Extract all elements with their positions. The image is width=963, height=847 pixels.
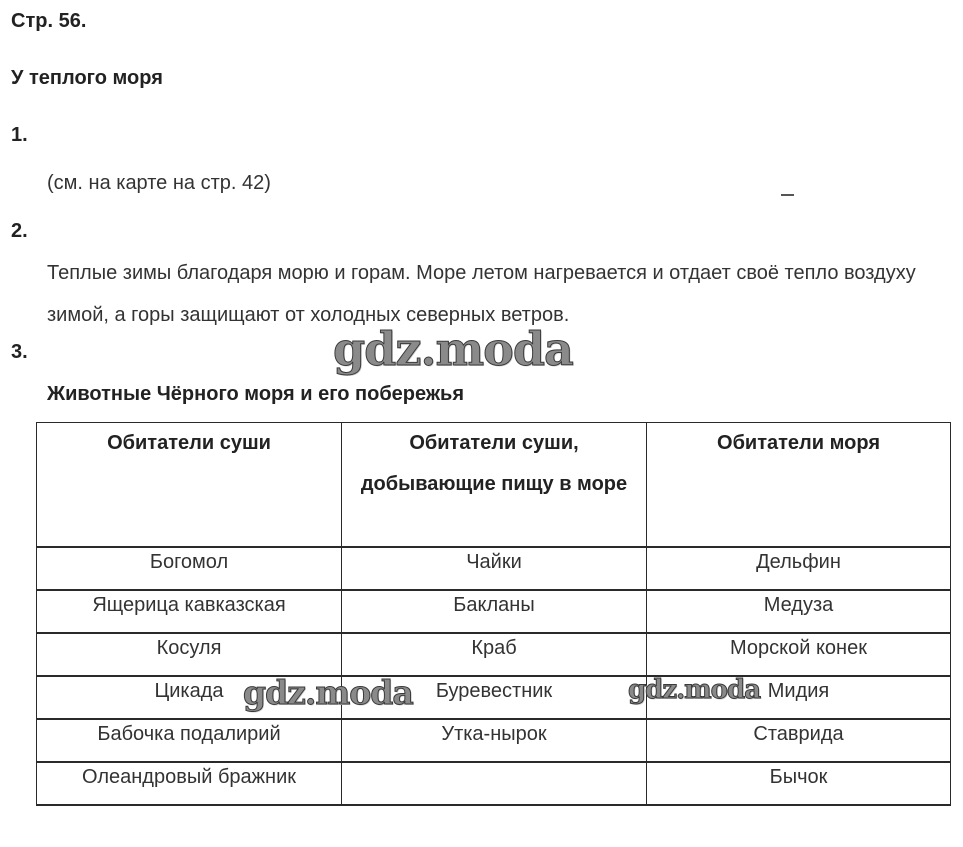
cell-land-sea-feeder: Краб bbox=[342, 633, 647, 676]
task-2-number: 2. bbox=[11, 220, 28, 243]
task-1-number: 1. bbox=[11, 124, 28, 147]
table-row: БогомолЧайкиДельфин bbox=[37, 547, 951, 590]
column-header-sea: Обитатели моря bbox=[647, 423, 951, 548]
cell-sea: Ставрида bbox=[647, 719, 951, 762]
cell-land: Олеандровый бражник bbox=[37, 762, 342, 805]
table-row: Бабочка подалирийУтка-нырокСтаврида bbox=[37, 719, 951, 762]
table-row: Ящерица кавказскаяБакланыМедуза bbox=[37, 590, 951, 633]
cell-sea: Дельфин bbox=[647, 547, 951, 590]
table-row: КосуляКрабМорской конек bbox=[37, 633, 951, 676]
section-title: У теплого моря bbox=[11, 67, 163, 90]
cell-land: Ящерица кавказская bbox=[37, 590, 342, 633]
cell-land-sea-feeder bbox=[342, 762, 647, 805]
column-header-land: Обитатели суши bbox=[37, 423, 342, 548]
cell-land-sea-feeder: Бакланы bbox=[342, 590, 647, 633]
stray-mark bbox=[781, 194, 794, 196]
cell-land-sea-feeder: Буревестник bbox=[342, 676, 647, 719]
table-row: ЦикадаБуревестникМидия bbox=[37, 676, 951, 719]
cell-sea: Бычок bbox=[647, 762, 951, 805]
table-row: Олеандровый бражникБычок bbox=[37, 762, 951, 805]
page-label: Стр. 56. bbox=[11, 10, 86, 33]
task-3-number: 3. bbox=[11, 341, 28, 364]
table-caption: Животные Чёрного моря и его побережья bbox=[47, 383, 464, 406]
cell-land: Косуля bbox=[37, 633, 342, 676]
animals-table: Обитатели суши Обитатели суши, добывающи… bbox=[36, 422, 951, 806]
cell-land-sea-feeder: Утка-нырок bbox=[342, 719, 647, 762]
column-header-land-sea-feeders: Обитатели суши, добывающие пищу в море bbox=[342, 423, 647, 548]
cell-sea: Морской конек bbox=[647, 633, 951, 676]
cell-land: Богомол bbox=[37, 547, 342, 590]
cell-land: Бабочка подалирий bbox=[37, 719, 342, 762]
task-1-note: (см. на карте на стр. 42) bbox=[47, 172, 271, 195]
cell-sea: Медуза bbox=[647, 590, 951, 633]
table-header-row: Обитатели суши Обитатели суши, добывающи… bbox=[37, 423, 951, 548]
task-2-answer: Теплые зимы благодаря морю и горам. Море… bbox=[47, 252, 952, 336]
cell-land-sea-feeder: Чайки bbox=[342, 547, 647, 590]
cell-sea: Мидия bbox=[647, 676, 951, 719]
cell-land: Цикада bbox=[37, 676, 342, 719]
